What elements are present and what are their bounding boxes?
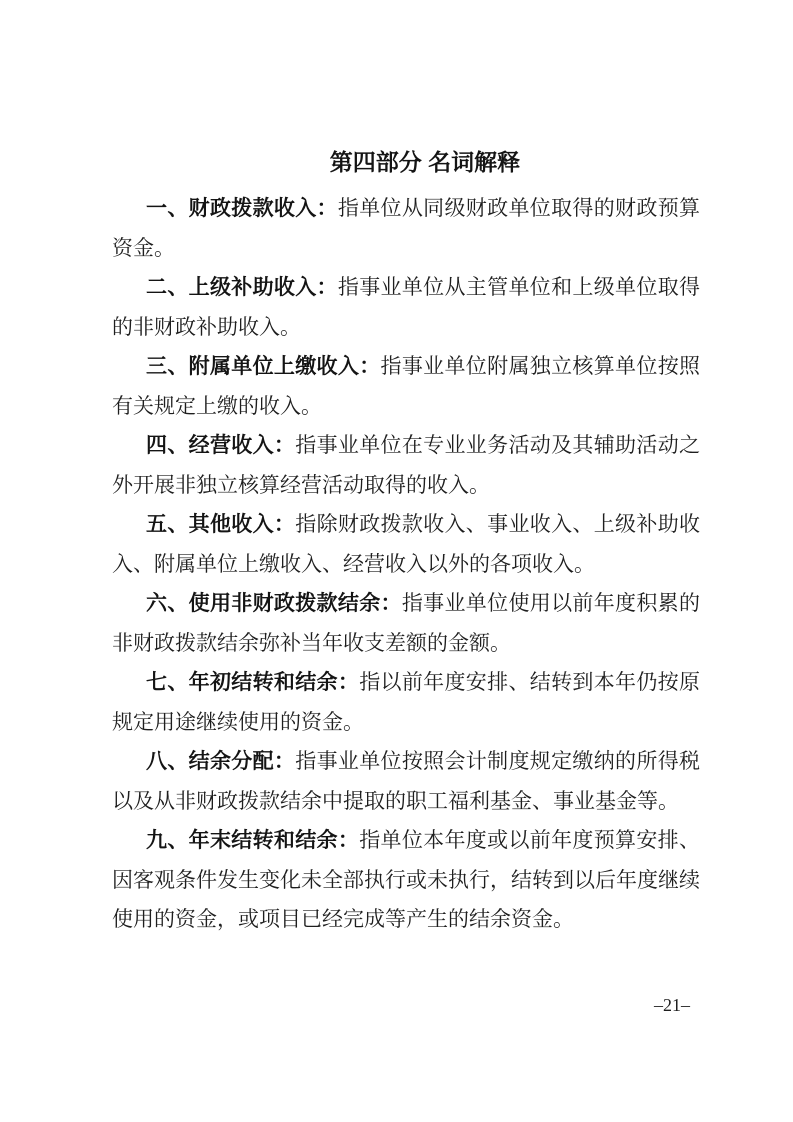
glossary-item-4: 四、经营收入：指事业单位在专业业务活动及其辅助活动之外开展非独立核算经营活动取得… — [112, 426, 700, 505]
glossary-term-7: 七、年初结转和结余： — [146, 671, 359, 694]
glossary-item-3: 三、附属单位上缴收入：指事业单位附属独立核算单位按照有关规定上缴的收入。 — [112, 347, 700, 426]
document-page: 第四部分 名词解释 一、财政拨款收入：指单位从同级财政单位取得的财政预算资金。 … — [0, 0, 793, 1122]
glossary-term-4: 四、经营收入： — [146, 434, 295, 457]
glossary-item-6: 六、使用非财政拨款结余：指事业单位使用以前年度积累的非财政拨款结余弥补当年收支差… — [112, 584, 700, 663]
glossary-term-5: 五、其他收入： — [146, 513, 295, 536]
glossary-term-8: 八、结余分配： — [146, 750, 295, 773]
glossary-item-8: 八、结余分配：指事业单位按照会计制度规定缴纳的所得税以及从非财政拨款结余中提取的… — [112, 742, 700, 821]
glossary-term-2: 二、上级补助收入： — [146, 276, 338, 299]
glossary-term-9: 九、年末结转和结余： — [146, 829, 359, 852]
glossary-item-9: 九、年末结转和结余：指单位本年度或以前年度预算安排、因客观条件发生变化未全部执行… — [112, 821, 700, 940]
glossary-item-2: 二、上级补助收入：指事业单位从主管单位和上级单位取得的非财政补助收入。 — [112, 268, 700, 347]
glossary-term-1: 一、财政拨款收入： — [146, 197, 338, 220]
glossary-item-5: 五、其他收入：指除财政拨款收入、事业收入、上级补助收入、附属单位上缴收入、经营收… — [112, 505, 700, 584]
glossary-term-3: 三、附属单位上缴收入： — [146, 355, 381, 378]
page-number: –21– — [112, 994, 690, 1016]
glossary-term-6: 六、使用非财政拨款结余： — [146, 592, 402, 615]
page-title: 第四部分 名词解释 — [112, 148, 700, 176]
glossary-item-1: 一、财政拨款收入：指单位从同级财政单位取得的财政预算资金。 — [112, 189, 700, 268]
page-content: 第四部分 名词解释 一、财政拨款收入：指单位从同级财政单位取得的财政预算资金。 … — [112, 148, 700, 940]
glossary-item-7: 七、年初结转和结余：指以前年度安排、结转到本年仍按原规定用途继续使用的资金。 — [112, 663, 700, 742]
